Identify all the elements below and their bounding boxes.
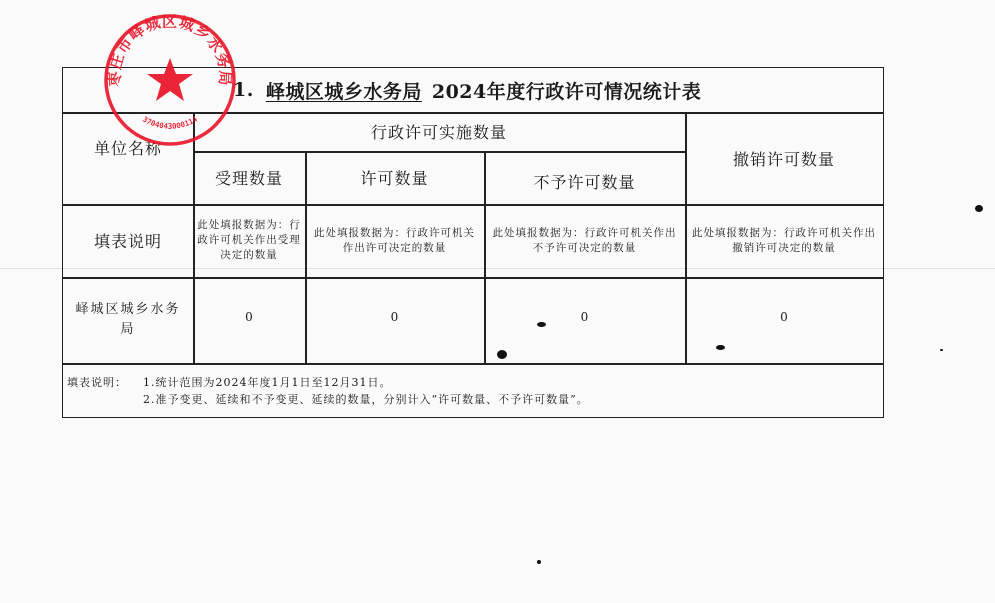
title-unit: 峄城区城乡水务局 (266, 77, 422, 104)
header-implementation-group: 行政许可实施数量 (193, 112, 685, 151)
footnote-label: 填表说明： (67, 374, 127, 391)
header-permitted: 许可数量 (305, 151, 484, 204)
header-revoked: 撤销许可数量 (685, 112, 883, 204)
scan-speck (497, 350, 507, 359)
header-denied: 不予许可数量 (484, 151, 685, 211)
instructions-revoked: 此处填报数据为：行政许可机关作出撤销许可决定的数量 (685, 204, 883, 277)
scan-speck (537, 560, 541, 564)
row-permitted-value: 0 (305, 277, 484, 357)
header-accepted: 受理数量 (193, 151, 305, 204)
statistics-table: 1. 峄城区城乡水务局 2024年度行政许可情况统计表 单位名称 行政许可实施数… (62, 67, 884, 418)
footnote-item-2: 2.准予变更、延续和不予变更、延续的数量，分别计入“许可数量、不予许可数量”。 (143, 391, 589, 408)
row-revoked-value: 0 (685, 277, 883, 357)
scan-speck (716, 345, 725, 350)
scan-speck (537, 322, 546, 327)
row-unit-name: 峄城区城乡水务局 (63, 277, 193, 363)
scan-speck (975, 205, 983, 212)
title-rest: 2024年度行政许可情况统计表 (432, 77, 701, 104)
footnote-item-1: 1.统计范围为2024年度1月1日至12月31日。 (143, 374, 391, 391)
table-rule (63, 363, 883, 365)
instructions-permitted: 此处填报数据为：行政许可机关作出许可决定的数量 (305, 204, 484, 277)
instructions-accepted: 此处填报数据为：行政许可机关作出受理决定的数量 (193, 204, 305, 277)
table-title: 1. 峄城区城乡水务局 2024年度行政许可情况统计表 (193, 68, 883, 112)
instructions-denied: 此处填报数据为：行政许可机关作出不予许可决定的数量 (484, 204, 685, 277)
row-denied-value: 0 (484, 277, 685, 357)
row-accepted-value: 0 (193, 277, 305, 357)
header-unit-name: 单位名称 (63, 112, 193, 182)
instructions-label: 填表说明 (63, 204, 193, 277)
title-number: 1. (233, 79, 254, 101)
scan-speck (940, 349, 943, 351)
